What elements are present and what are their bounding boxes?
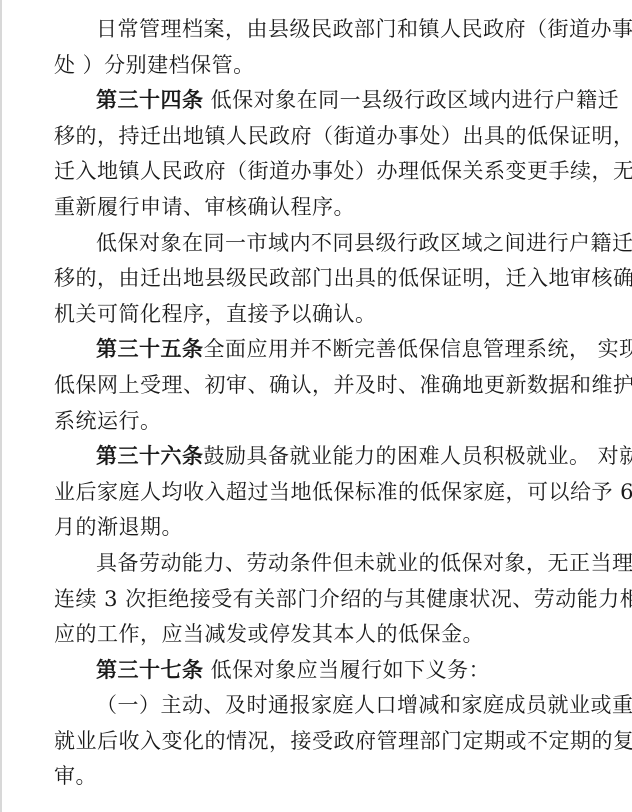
line-text: 低保网上受理、初审、确认，并及时、准确地更新数据和维护好 — [54, 373, 632, 397]
text-line: 低保网上受理、初审、确认，并及时、准确地更新数据和维护好 — [54, 368, 584, 404]
line-text: 处 ）分别建档保管。 — [54, 53, 255, 77]
line-text: 月的渐退期。 — [54, 515, 183, 539]
text-line: （一）主动、及时通报家庭人口增减和家庭成员就业或重新 — [54, 688, 584, 724]
line-text: 日常管理档案，由县级民政部门和镇人民政府（街道办事 — [96, 17, 632, 41]
text-line: 第三十七条 低保对象应当履行如下义务： — [54, 653, 584, 689]
article-number: 第三十五条 — [96, 337, 204, 361]
line-text: 业后家庭人均收入超过当地低保标准的低保家庭，可以给予 6 个 — [54, 480, 632, 504]
line-text: 鼓励具备就业能力的困难人员积极就业。 对就 — [204, 444, 632, 468]
text-line: 移的，持迁出地镇人民政府（街道办事处）出具的低保证明，到 — [54, 119, 584, 155]
text-line: 低保对象在同一市域内不同县级行政区域之间进行户籍迁 — [54, 226, 584, 262]
line-text: 移的，持迁出地镇人民政府（街道办事处）出具的低保证明，到 — [54, 124, 632, 148]
line-text: 连续 3 次拒绝接受有关部门介绍的与其健康状况、劳动能力相适 — [54, 587, 632, 611]
line-text: 低保对象在同一市域内不同县级行政区域之间进行户籍迁 — [96, 231, 632, 255]
text-line: 具备劳动能力、劳动条件但未就业的低保对象，无正当理由 — [54, 546, 584, 582]
text-line: 处 ）分别建档保管。 — [54, 48, 584, 84]
line-text: （一）主动、及时通报家庭人口增减和家庭成员就业或重新 — [96, 693, 632, 717]
article-number: 第三十六条 — [96, 444, 204, 468]
line-text: 移的，由迁出地县级民政部门出具的低保证明，迁入地审核确认 — [54, 266, 632, 290]
page-edge — [0, 0, 2, 812]
text-line: 机关可简化程序，直接予以确认。 — [54, 297, 584, 333]
line-text: 低保对象在同一县级行政区域内进行户籍迁 — [204, 88, 620, 112]
text-line: 应的工作，应当减发或停发其本人的低保金。 — [54, 617, 584, 653]
text-line: 日常管理档案，由县级民政部门和镇人民政府（街道办事 — [54, 12, 584, 48]
line-text: 迁入地镇人民政府（街道办事处）办理低保关系变更手续，无需 — [54, 159, 632, 183]
text-line: 第三十六条鼓励具备就业能力的困难人员积极就业。 对就 — [54, 439, 584, 475]
line-text: 重新履行申请、审核确认程序。 — [54, 195, 355, 219]
line-text: 就业后收入变化的情况，接受政府管理部门定期或不定期的复 — [54, 729, 632, 753]
document-page: 日常管理档案，由县级民政部门和镇人民政府（街道办事处 ）分别建档保管。第三十四条… — [54, 12, 584, 795]
line-text: 机关可简化程序，直接予以确认。 — [54, 302, 377, 326]
line-text: 应的工作，应当减发或停发其本人的低保金。 — [54, 622, 484, 646]
text-line: 第三十四条 低保对象在同一县级行政区域内进行户籍迁 — [54, 83, 584, 119]
article-number: 第三十七条 — [96, 658, 204, 682]
text-line: 审。 — [54, 759, 584, 795]
line-text: 审。 — [54, 764, 97, 788]
line-text: 全面应用并不断完善低保信息管理系统， 实现 — [204, 337, 632, 361]
line-text: 低保对象应当履行如下义务： — [204, 658, 491, 682]
article-number: 第三十四条 — [96, 88, 204, 112]
text-line: 迁入地镇人民政府（街道办事处）办理低保关系变更手续，无需 — [54, 154, 584, 190]
line-text: 具备劳动能力、劳动条件但未就业的低保对象，无正当理由 — [96, 551, 632, 575]
text-line: 连续 3 次拒绝接受有关部门介绍的与其健康状况、劳动能力相适 — [54, 582, 584, 618]
text-line: 第三十五条全面应用并不断完善低保信息管理系统， 实现 — [54, 332, 584, 368]
text-line: 重新履行申请、审核确认程序。 — [54, 190, 584, 226]
text-line: 移的，由迁出地县级民政部门出具的低保证明，迁入地审核确认 — [54, 261, 584, 297]
line-text: 系统运行。 — [54, 409, 162, 433]
text-line: 业后家庭人均收入超过当地低保标准的低保家庭，可以给予 6 个 — [54, 475, 584, 511]
text-line: 就业后收入变化的情况，接受政府管理部门定期或不定期的复 — [54, 724, 584, 760]
text-line: 月的渐退期。 — [54, 510, 584, 546]
text-line: 系统运行。 — [54, 404, 584, 440]
